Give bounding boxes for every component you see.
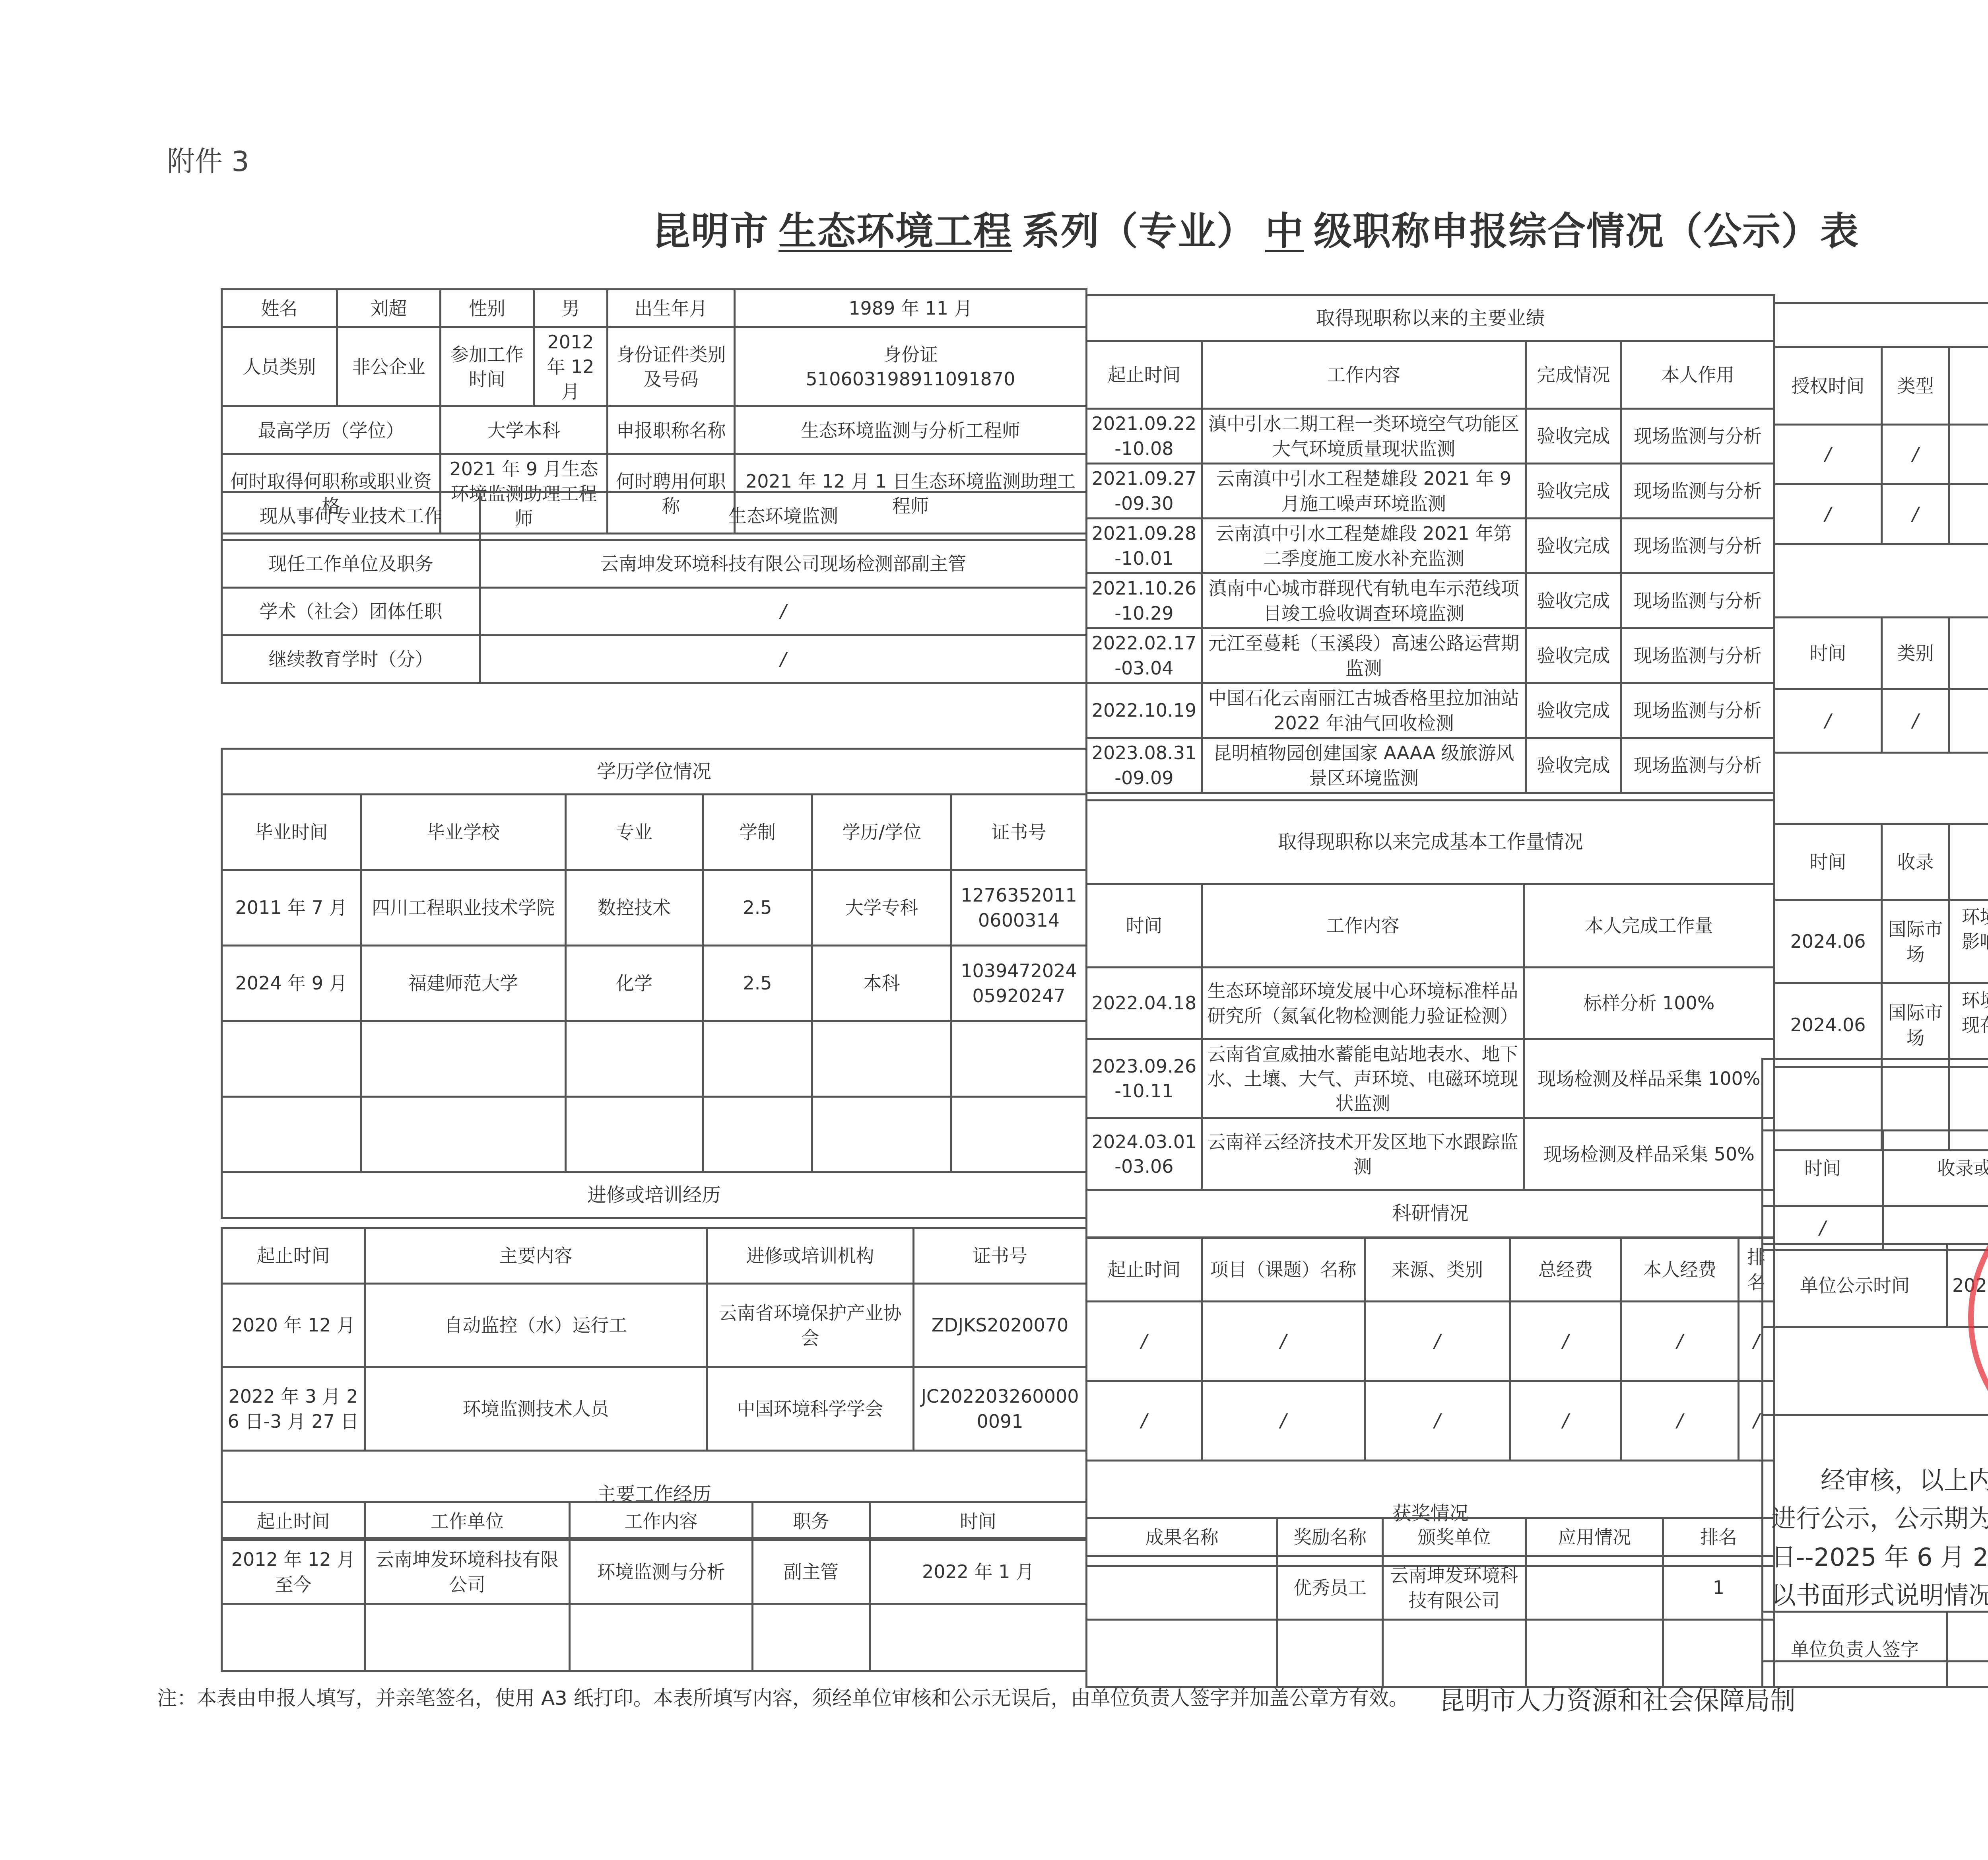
papers-row: 2024.06国际市场环境监测现场采样现存问题及对策研究国际市场2024 年第 …	[1774, 983, 1988, 1067]
education-row: 2011 年 7 月四川工程职业技术学院数控技术2.5大学专科127635201…	[222, 870, 1087, 946]
achievements-cell: 现场监测与分析	[1621, 519, 1774, 573]
patents-row: //////	[1774, 484, 1988, 544]
work-history-cell: 副主管	[753, 1540, 870, 1604]
workload-header-0: 时间	[1087, 884, 1202, 968]
education-cell	[361, 1021, 566, 1097]
awards-header-3: 应用情况	[1526, 1518, 1663, 1556]
id-value: 身份证510603198911091870	[735, 327, 1087, 406]
education-cell	[566, 1021, 703, 1097]
workload-section-title: 取得现职称以来完成基本工作量情况	[1087, 801, 1774, 884]
patents-cell: /	[1949, 425, 1988, 484]
achievements-row: 2023.08.31-09.09昆明植物园创建国家 AAAA 级旅游风景区环境监…	[1087, 738, 1774, 793]
achievements-header-2: 完成情况	[1526, 341, 1621, 409]
achievements-cell: 现场监测与分析	[1621, 628, 1774, 683]
achievements-cell: 滇南中心城市群现代有轨电车示范线项目竣工验收调查环境监测	[1202, 573, 1526, 628]
education-cell: 2.5	[703, 870, 812, 946]
education-header-0: 毕业时间	[222, 795, 361, 870]
cont-edu-value: /	[480, 636, 1087, 683]
achievements-cell: 2021.09.28-10.01	[1087, 519, 1202, 573]
workload-row: 2024.03.01-03.06云南祥云经济技术开发区地下水跟踪监测现场检测及样…	[1087, 1118, 1774, 1190]
leader-sign-field	[1947, 1612, 1988, 1687]
education-cell	[566, 1097, 703, 1172]
works-header-0: 时间	[1774, 618, 1882, 689]
work-start-label: 参加工作时间	[441, 327, 534, 406]
patents-header-0: 授权时间	[1774, 347, 1882, 425]
apply-title-value: 生态环境监测与分析工程师	[735, 406, 1087, 454]
achievements-cell: 现场监测与分析	[1621, 409, 1774, 464]
education-header-5: 证书号	[951, 795, 1087, 870]
achievements-cell: 验收完成	[1526, 464, 1621, 519]
achievements-row: 2021.10.26-10.29滇南中心城市群现代有轨电车示范线项目竣工验收调查…	[1087, 573, 1774, 628]
footer-note: 注：本表由申报人填写，并亲笔签名，使用 A3 纸打印。本表所填写内容，须经单位审…	[157, 1682, 1409, 1711]
reports-header-1: 收录或交流情况	[1883, 1131, 1988, 1206]
leader-sign-label: 单位负责人签字	[1763, 1612, 1947, 1687]
papers-row: 2024.06国际市场环境监测现场采样影响因素和细节问题研究国际市场2024 年…	[1774, 900, 1988, 983]
awards-header-4: 排名	[1663, 1518, 1774, 1556]
achievements-row: 2021.09.28-10.01云南滇中引水工程楚雄段 2021 年第二季度施工…	[1087, 519, 1774, 573]
work-history-cell: 云南坤发环境科技有限公司	[365, 1540, 570, 1604]
training-cell: 自动监控（水）运行工	[365, 1284, 707, 1367]
achievements-header-1: 工作内容	[1202, 341, 1526, 409]
training-cell: ZDJKS2020070	[914, 1284, 1087, 1367]
achievements-row: 2022.02.17-03.04元江至蔓耗（玉溪段）高速公路运营期监测验收完成现…	[1087, 628, 1774, 683]
publicity-label: 单位公示时间	[1763, 1244, 1947, 1327]
papers-cell: 2024.06	[1774, 983, 1882, 1067]
papers-header-0: 时间	[1774, 824, 1882, 900]
achievements-cell: 滇中引水二期工程一类环境空气功能区大气环境质量现状监测	[1202, 409, 1526, 464]
papers-section-title: 论文情况	[1774, 753, 1988, 824]
awards-cell: 优秀员工	[1277, 1556, 1383, 1620]
attachment-label: 附件 3	[167, 139, 249, 179]
workload-cell: 现场检测及样品采集 50%	[1524, 1118, 1774, 1190]
awards-cell	[1087, 1556, 1277, 1620]
research-header-1: 项目（课题）名称	[1202, 1238, 1365, 1302]
id-label: 身份证件类别及号码	[608, 327, 735, 406]
awards-header-0: 成果名称	[1087, 1518, 1277, 1556]
workload-cell: 云南祥云经济技术开发区地下水跟踪监测	[1202, 1118, 1524, 1190]
achievements-cell: 验收完成	[1526, 519, 1621, 573]
awards-row: 优秀员工云南坤发环境科技有限公司1	[1087, 1556, 1774, 1620]
workload-cell: 生态环境部环境发展中心环境标准样品研究所（氮氧化物检测能力验证检测）	[1202, 968, 1524, 1039]
achievements-header-0: 起止时间	[1087, 341, 1202, 409]
works-cell: /	[1949, 689, 1988, 753]
id-number: 510603198911091870	[740, 367, 1081, 391]
apply-title-label: 申报职称名称	[608, 406, 735, 454]
achievements-cell: 现场监测与分析	[1621, 573, 1774, 628]
training-cell: 2020 年 12 月	[222, 1284, 365, 1367]
papers-cell: 国际市场	[1882, 983, 1949, 1067]
patents-table: 专利情况 授权时间类型名称专利号转化情况排名 //////////// 著（译）…	[1773, 302, 1988, 1151]
education-cell: 大学专科	[812, 870, 951, 946]
specialty-label: 现从事何专业技术工作	[222, 492, 480, 540]
category-label: 人员类别	[222, 327, 337, 406]
education-cell: 四川工程职业技术学院	[361, 870, 566, 946]
education-value: 大学本科	[441, 406, 608, 454]
achievements-section-title: 取得现职称以来的主要业绩	[1087, 295, 1774, 341]
achievements-cell: 2021.09.22-10.08	[1087, 409, 1202, 464]
patents-cell: /	[1774, 484, 1882, 544]
education-row: 2024 年 9 月福建师范大学化学2.5本科10394720240592024…	[222, 946, 1087, 1021]
achievements-cell: 2021.10.26-10.29	[1087, 573, 1202, 628]
research-row: //////	[1087, 1381, 1774, 1461]
education-cell	[703, 1021, 812, 1097]
training-row: 2020 年 12 月自动监控（水）运行工云南省环境保护产业协会ZDJKS202…	[222, 1284, 1087, 1367]
training-cell: 2022 年 3 月 26 日-3 月 27 日	[222, 1367, 365, 1451]
research-cell: /	[1621, 1302, 1739, 1381]
awards-table: 成果名称奖励名称颁奖单位应用情况排名 优秀员工云南坤发环境科技有限公司1	[1085, 1517, 1775, 1688]
works-cell: /	[1882, 689, 1949, 753]
basic-info-table-2: 现从事何专业技术工作 生态环境监测 现任工作单位及职务 云南坤发环境科技有限公司…	[221, 491, 1087, 684]
education-table: 学历学位情况 毕业时间毕业学校专业学制学历/学位证书号 2011 年 7 月四川…	[221, 748, 1087, 1219]
name-label: 姓名	[222, 290, 337, 327]
education-cell	[812, 1097, 951, 1172]
workload-cell: 2023.09.26-10.11	[1087, 1039, 1202, 1118]
education-section-title: 学历学位情况	[222, 749, 1087, 795]
work-history-cell: 2012 年 12 月至今	[222, 1540, 365, 1604]
papers-cell: 环境监测现场采样现存问题及对策研究	[1949, 983, 1988, 1067]
achievements-cell: 2022.02.17-03.04	[1087, 628, 1202, 683]
work-history-cell: 环境监测与分析	[570, 1540, 753, 1604]
works-row: //////	[1774, 689, 1988, 753]
training-header-3: 证书号	[914, 1228, 1087, 1284]
education-header-2: 专业	[566, 795, 703, 870]
training-row: 2022 年 3 月 26 日-3 月 27 日环境监测技术人员中国环境科学学会…	[222, 1367, 1087, 1451]
patents-cell: /	[1774, 425, 1882, 484]
workload-header-1: 工作内容	[1202, 884, 1524, 968]
awards-cell: 云南坤发环境科技有限公司	[1383, 1556, 1526, 1620]
education-cell	[703, 1097, 812, 1172]
achievements-table: 取得现职称以来的主要业绩 起止时间工作内容完成情况本人作用 2021.09.22…	[1085, 294, 1775, 794]
patents-section-title: 专利情况	[1774, 303, 1988, 347]
papers-cell: 环境监测现场采样影响因素和细节问题研究	[1949, 900, 1988, 983]
works-header-1: 类别	[1882, 618, 1949, 689]
achievements-cell: 现场监测与分析	[1621, 738, 1774, 793]
achievements-row: 2021.09.22-10.08滇中引水二期工程一类环境空气功能区大气环境质量现…	[1087, 409, 1774, 464]
works-cell: /	[1774, 689, 1882, 753]
training-cell: JC2022032600000091	[914, 1367, 1087, 1451]
workload-row: 2023.09.26-10.11云南省宣威抽水蓄能电站地表水、地下水、土壤、大气…	[1087, 1039, 1774, 1118]
research-row: //////	[1087, 1302, 1774, 1381]
research-cell: /	[1087, 1381, 1202, 1461]
achievements-row: 2022.10.19中国石化云南丽江古城香格里拉加油站 2022 年油气回收检测…	[1087, 683, 1774, 738]
research-cell: /	[1621, 1381, 1739, 1461]
unit-review-table: 单位公示时间 2025 年 6 月 16 日至 2025 年 6 月 20 日 …	[1761, 1243, 1988, 1662]
education-cell: 福建师范大学	[361, 946, 566, 1021]
training-cell: 环境监测技术人员	[365, 1367, 707, 1451]
awards-cell	[1526, 1556, 1663, 1620]
work-start-value: 2012 年 12 月	[534, 327, 608, 406]
leader-sign-table: 单位负责人签字	[1761, 1611, 1988, 1688]
footer-issuer: 昆明市人力资源和社会保障局制	[1439, 1680, 1796, 1717]
training-cell: 云南省环境保护产业协会	[707, 1284, 914, 1367]
training-header-1: 主要内容	[365, 1228, 707, 1284]
gender-value: 男	[534, 290, 608, 327]
training-cell: 中国环境科学学会	[707, 1367, 914, 1451]
workload-cell: 2022.04.18	[1087, 968, 1202, 1039]
patents-cell: /	[1949, 484, 1988, 544]
education-cell	[951, 1021, 1087, 1097]
works-section-title: 著（译）作情况	[1774, 544, 1988, 618]
research-header-3: 总经费	[1510, 1238, 1621, 1302]
works-header-2: 名称	[1949, 618, 1988, 689]
awards-header-2: 颁奖单位	[1383, 1518, 1526, 1556]
workload-cell: 现场检测及样品采集 100%	[1524, 1039, 1774, 1118]
achievements-cell: 现场监测与分析	[1621, 464, 1774, 519]
opinion-label: 单位审核意见（签章）	[1763, 1327, 1988, 1415]
research-header-4: 本人经费	[1621, 1238, 1739, 1302]
work-history-header-3: 职务	[753, 1502, 870, 1540]
papers-cell: 2024.06	[1774, 900, 1882, 983]
research-header-0: 起止时间	[1087, 1238, 1202, 1302]
training-header-0: 起止时间	[222, 1228, 365, 1284]
cont-edu-label: 继续教育学时（分）	[222, 636, 480, 683]
research-cell: /	[1202, 1381, 1365, 1461]
education-header-4: 学历/学位	[812, 795, 951, 870]
awards-cell: 1	[1663, 1556, 1774, 1620]
education-row	[222, 1097, 1087, 1172]
papers-header-2: 名称	[1949, 824, 1988, 900]
id-type: 身份证	[740, 342, 1081, 367]
title-level: 中	[1256, 209, 1314, 253]
patents-header-2: 名称	[1949, 347, 1988, 425]
achievements-cell: 中国石化云南丽江古城香格里拉加油站 2022 年油气回收检测	[1202, 683, 1526, 738]
achievements-row: 2021.09.27-09.30云南滇中引水工程楚雄段 2021 年 9 月施工…	[1087, 464, 1774, 519]
category-value: 非公企业	[337, 327, 441, 406]
title-mid: 系列（专业）	[1022, 209, 1256, 253]
workload-header-2: 本人完成工作量	[1524, 884, 1774, 968]
achievements-cell: 云南滇中引水工程楚雄段 2021 年 9 月施工噪声环境监测	[1202, 464, 1526, 519]
birth-label: 出生年月	[608, 290, 735, 327]
title-suffix: 级职称申报综合情况（公示）表	[1314, 209, 1859, 253]
achievements-cell: 云南滇中引水工程楚雄段 2021 年第二季度施工废水补充监测	[1202, 519, 1526, 573]
education-header-1: 毕业学校	[361, 795, 566, 870]
education-row	[222, 1021, 1087, 1097]
patents-header-1: 类型	[1882, 347, 1949, 425]
patents-row: //////	[1774, 425, 1988, 484]
research-cell: /	[1087, 1302, 1202, 1381]
patents-cell: /	[1882, 484, 1949, 544]
society-value: /	[480, 588, 1087, 636]
workload-table: 取得现职称以来完成基本工作量情况 时间工作内容本人完成工作量 2022.04.1…	[1085, 799, 1775, 1238]
workload-cell: 云南省宣威抽水蓄能电站地表水、地下水、土壤、大气、声环境、电磁环境现状监测	[1202, 1039, 1524, 1118]
achievements-cell: 验收完成	[1526, 628, 1621, 683]
page-title: 昆明市生态环境工程系列（专业）中级职称申报综合情况（公示）表	[652, 201, 1859, 255]
workload-cell: 标样分析 100%	[1524, 968, 1774, 1039]
achievements-cell: 现场监测与分析	[1621, 683, 1774, 738]
research-cell: /	[1365, 1381, 1510, 1461]
publicity-period: 2025 年 6 月 16 日至 2025 年 6 月 20 日	[1947, 1244, 1988, 1327]
achievements-cell: 元江至蔓耗（玉溪段）高速公路运营期监测	[1202, 628, 1526, 683]
workload-row: 2022.04.18生态环境部环境发展中心环境标准样品研究所（氮氧化物检测能力验…	[1087, 968, 1774, 1039]
work-history-row: 2012 年 12 月至今云南坤发环境科技有限公司环境监测与分析副主管2022 …	[222, 1540, 1087, 1604]
achievements-header-3: 本人作用	[1621, 341, 1774, 409]
training-table: 起止时间主要内容进修或培训机构证书号 2020 年 12 月自动监控（水）运行工…	[221, 1227, 1087, 1539]
employer-label: 现任工作单位及职务	[222, 540, 480, 588]
title-series: 生态环境工程	[769, 209, 1022, 253]
achievements-cell: 验收完成	[1526, 683, 1621, 738]
training-section-title: 进修或培训经历	[222, 1172, 1087, 1218]
papers-cell: 国际市场	[1882, 900, 1949, 983]
education-cell: 2011 年 7 月	[222, 870, 361, 946]
education-cell: 化学	[566, 946, 703, 1021]
achievements-cell: 2021.09.27-09.30	[1087, 464, 1202, 519]
gender-label: 性别	[441, 290, 534, 327]
education-cell: 12763520110600314	[951, 870, 1087, 946]
awards-header-1: 奖励名称	[1277, 1518, 1383, 1556]
achievements-cell: 验收完成	[1526, 738, 1621, 793]
work-history-cell: 2022 年 1 月	[870, 1540, 1087, 1604]
research-header-2: 来源、类别	[1365, 1238, 1510, 1302]
patents-cell: /	[1882, 425, 1949, 484]
achievements-cell: 昆明植物园创建国家 AAAA 级旅游风景区环境监测	[1202, 738, 1526, 793]
reports-section-title: 学术技术报告情况	[1763, 1059, 1988, 1131]
reports-header-0: 时间	[1763, 1131, 1883, 1206]
education-cell: 103947202405920247	[951, 946, 1087, 1021]
name-value: 刘超	[337, 290, 441, 327]
education-cell	[222, 1097, 361, 1172]
employer-value: 云南坤发环境科技有限公司现场检测部副主管	[480, 540, 1087, 588]
achievements-cell: 验收完成	[1526, 409, 1621, 464]
education-cell	[812, 1021, 951, 1097]
education-header-3: 学制	[703, 795, 812, 870]
research-section-title: 科研情况	[1087, 1190, 1774, 1238]
specialty-value: 生态环境监测	[480, 492, 1087, 540]
achievements-cell: 验收完成	[1526, 573, 1621, 628]
education-cell: 数控技术	[566, 870, 703, 946]
education-label: 最高学历（学位）	[222, 406, 441, 454]
achievements-cell: 2022.10.19	[1087, 683, 1202, 738]
research-cell: /	[1202, 1302, 1365, 1381]
research-cell: /	[1510, 1381, 1621, 1461]
papers-header-1: 收录	[1882, 824, 1949, 900]
education-cell	[361, 1097, 566, 1172]
title-prefix: 昆明市	[652, 209, 769, 253]
workload-cell: 2024.03.01-03.06	[1087, 1118, 1202, 1190]
education-cell: 本科	[812, 946, 951, 1021]
education-cell: 2.5	[703, 946, 812, 1021]
education-cell	[951, 1097, 1087, 1172]
birth-value: 1989 年 11 月	[735, 290, 1087, 327]
work-history-header-0: 起止时间	[222, 1502, 365, 1540]
research-cell: /	[1365, 1302, 1510, 1381]
achievements-cell: 2023.08.31-09.09	[1087, 738, 1202, 793]
work-history-header-1: 工作单位	[365, 1502, 570, 1540]
reports-table: 学术技术报告情况 时间收录或交流情况名称排名 ////	[1761, 1058, 1988, 1251]
work-history-header-4: 时间	[870, 1502, 1087, 1540]
education-cell	[222, 1021, 361, 1097]
work-history-header-2: 工作内容	[570, 1502, 753, 1540]
society-label: 学术（社会）团体任职	[222, 588, 480, 636]
work-history-table: 起止时间工作单位工作内容职务时间 2012 年 12 月至今云南坤发环境科技有限…	[221, 1501, 1087, 1672]
research-cell: /	[1510, 1302, 1621, 1381]
training-header-2: 进修或培训机构	[707, 1228, 914, 1284]
education-cell: 2024 年 9 月	[222, 946, 361, 1021]
